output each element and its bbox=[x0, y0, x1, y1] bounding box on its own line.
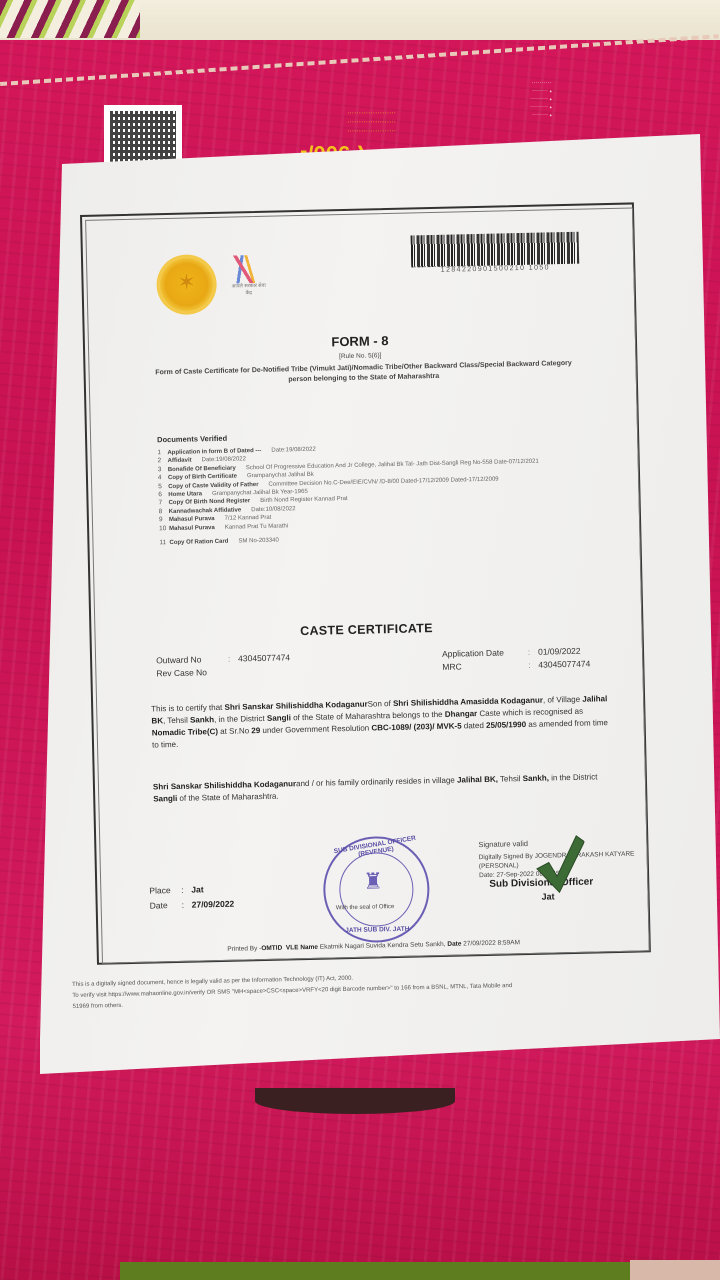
document-label: Kannadwachak Affidative bbox=[169, 507, 242, 515]
place-date-block: Place:Jat Date:27/09/2022 bbox=[149, 882, 234, 914]
document-label: Bonafide Of Beneficiary bbox=[168, 465, 236, 473]
document-value: Date:19/08/2022 bbox=[271, 447, 315, 454]
document-label: Copy of Birth Certificate bbox=[168, 474, 237, 482]
outward-no: 43045077474 bbox=[238, 652, 290, 663]
mrc-number: 43045077474 bbox=[538, 659, 590, 670]
official-seal: SUB DIVISIONAL OFFICER (REVENUE) ♜ With … bbox=[322, 835, 430, 943]
document-label: Mahasul Purava bbox=[169, 516, 215, 523]
document-value: SM No-203340 bbox=[238, 538, 278, 545]
certificate-document: ✶ आपले सरकार सेवा केंद्र 128422090150021… bbox=[80, 202, 657, 975]
document-value: Date:10/08/2022 bbox=[251, 506, 295, 513]
ashoka-emblem-icon: ♜ bbox=[363, 868, 383, 894]
document-label: Home Utara bbox=[168, 491, 202, 498]
signature-valid-check-icon bbox=[534, 834, 585, 895]
document-label: Affidavit bbox=[168, 458, 192, 465]
aaple-sarkar-logo-icon: आपले सरकार सेवा केंद्र bbox=[229, 255, 268, 312]
certificate-paper: ✶ आपले सरकार सेवा केंद्र 128422090150021… bbox=[0, 0, 720, 1280]
application-info: Application Date:01/09/2022 MRC:43045077… bbox=[442, 645, 591, 674]
outward-info: Outward No:43045077474 Rev Case No bbox=[156, 651, 291, 680]
document-label: Mahasul Purava bbox=[169, 525, 215, 532]
document-value: Date:19/08/2022 bbox=[202, 457, 246, 464]
documents-verified-heading: Documents Verified bbox=[157, 434, 227, 445]
document-value: Grampanychat Jalihal Bk bbox=[247, 472, 314, 480]
document-value: Kannad Prat Tu Marathi bbox=[225, 523, 288, 530]
document-label: Copy Of Ration Card bbox=[169, 539, 228, 546]
document-value: 7/12 Kannad Prat bbox=[225, 515, 272, 522]
barcode bbox=[411, 232, 580, 268]
date-value: 27/09/2022 bbox=[192, 899, 235, 910]
documents-verified-list: 1Application in form B of Dated ---Date:… bbox=[157, 440, 589, 548]
place-value: Jat bbox=[191, 884, 204, 894]
application-date: 01/09/2022 bbox=[538, 646, 581, 657]
